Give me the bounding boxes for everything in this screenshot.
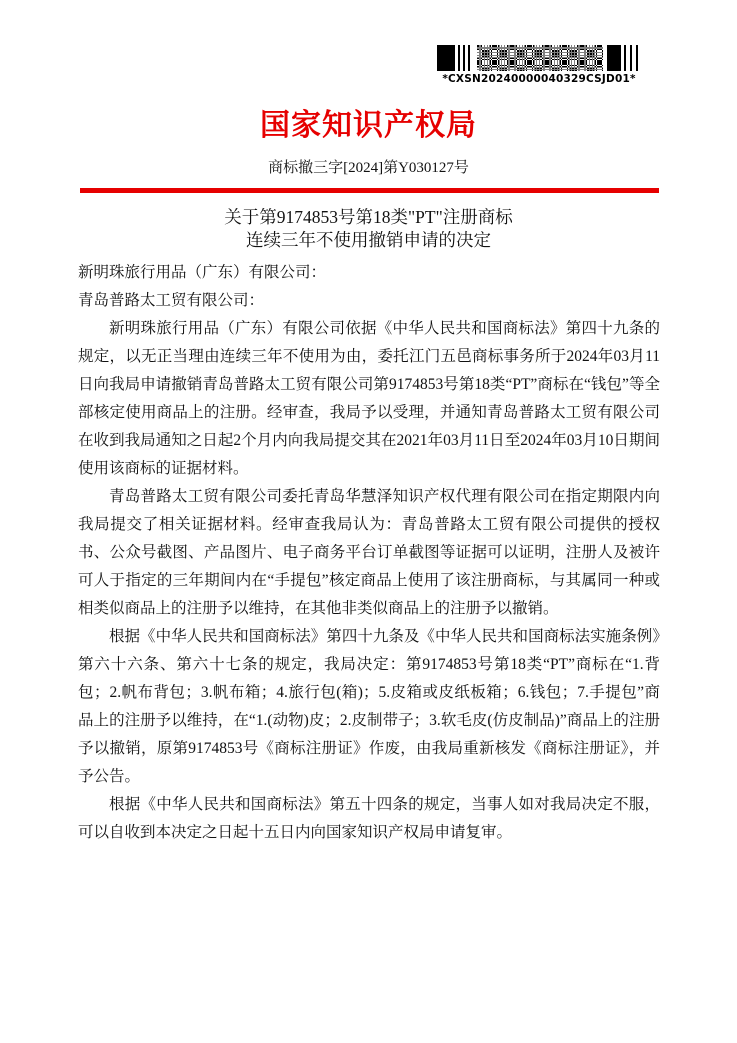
paragraph-1: 新明珠旅行用品（广东）有限公司依据《中华人民共和国商标法》第四十九条的规定，以无… [78,315,660,483]
barcode-bars-left [458,45,473,71]
decision-title-line1: 关于第9174853号第18类"PT"注册商标 [0,206,737,229]
paragraph-4: 根据《中华人民共和国商标法》第五十四条的规定，当事人如对我局决定不服，可以自收到… [78,791,660,847]
barcode-bars-right [624,45,641,71]
addressee-1: 新明珠旅行用品（广东）有限公司： [78,259,660,287]
paragraph-2: 青岛普路太工贸有限公司委托青岛华慧泽知识产权代理有限公司在指定期限内向我局提交了… [78,483,660,623]
document-body: 新明珠旅行用品（广东）有限公司： 青岛普路太工贸有限公司： 新明珠旅行用品（广东… [0,252,737,847]
barcode: *CXSN20240000040329CSJD01* [437,45,641,85]
barcode-block-right [607,45,621,71]
barcode-text: *CXSN20240000040329CSJD01* [437,73,641,85]
red-divider [80,188,659,193]
decision-title-line2: 连续三年不使用撤销申请的决定 [0,229,737,252]
barcode-image [437,45,641,71]
document-number: 商标撤三字[2024]第Y030127号 [0,156,737,177]
barcode-matrix [477,45,603,71]
barcode-block-left [437,45,455,71]
document-page: *CXSN20240000040329CSJD01* 国家知识产权局 商标撤三字… [0,0,737,1043]
paragraph-3: 根据《中华人民共和国商标法》第四十九条及《中华人民共和国商标法实施条例》第六十六… [78,623,660,791]
addressee-2: 青岛普路太工贸有限公司： [78,287,660,315]
decision-title: 关于第9174853号第18类"PT"注册商标 连续三年不使用撤销申请的决定 [0,206,737,252]
